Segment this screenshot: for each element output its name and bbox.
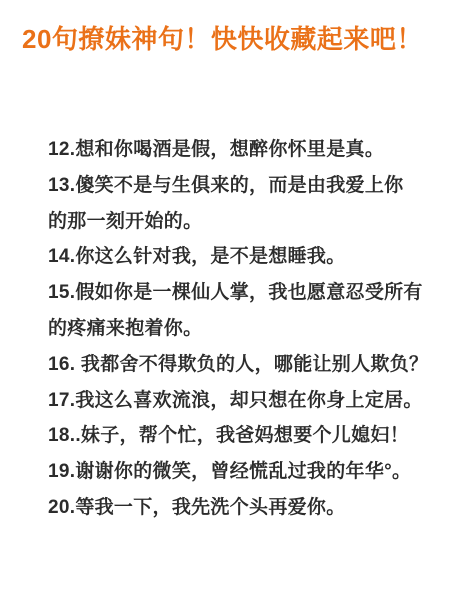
quote-13-line-1: 13.傻笑不是与生俱来的，而是由我爱上你 <box>48 168 430 204</box>
page-title: 20句撩妹神句！快快收藏起来吧！ <box>22 22 440 56</box>
quote-15-line-1: 15.假如你是一棵仙人掌，我也愿意忍受所有 <box>48 275 430 311</box>
quote-12-line-1: 12.想和你喝酒是假，想醉你怀里是真。 <box>48 132 430 168</box>
quote-list: 12.想和你喝酒是假，想醉你怀里是真。 13.傻笑不是与生俱来的，而是由我爱上你… <box>48 132 430 526</box>
quote-card-page: 20句撩妹神句！快快收藏起来吧！ 12.想和你喝酒是假，想醉你怀里是真。 13.… <box>0 0 450 600</box>
quote-13-line-2: 的那一刻开始的。 <box>48 204 430 240</box>
quote-15-line-2: 的疼痛来抱着你。 <box>48 311 430 347</box>
quote-16-line-1: 16. 我都舍不得欺负的人，哪能让别人欺负？ <box>48 347 430 383</box>
quote-17-line-1: 17.我这么喜欢流浪，却只想在你身上定居。 <box>48 383 430 419</box>
quote-19-line-1: 19.谢谢你的微笑，曾经慌乱过我的年华°。 <box>48 454 430 490</box>
quote-18-line-1: 18..妹子，帮个忙，我爸妈想要个儿媳妇！ <box>48 418 430 454</box>
quote-20-line-1: 20.等我一下，我先洗个头再爱你。 <box>48 490 430 526</box>
quote-14-line-1: 14.你这么针对我，是不是想睡我。 <box>48 239 430 275</box>
